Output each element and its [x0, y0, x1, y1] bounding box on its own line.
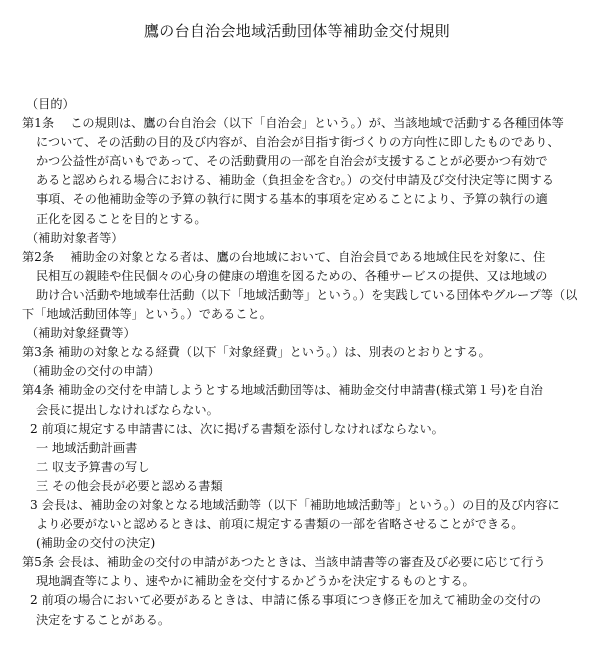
- article-1-line: かつ公益性が高いもであって、その活動費用の一部を自治会が支援することが必要かつ有…: [22, 152, 582, 171]
- article-4-paragraph-3: 3 会長は、補助金の対象となる地域活動等（以下「補助地域活動等」という。）の目的…: [22, 496, 582, 515]
- article-4-line: 第4条 補助金の交付を申請しようとする地域活動団等は、補助金交付申請書(様式第１…: [22, 381, 582, 400]
- article-1-line: あると認められる場合における、補助金（負担金を含む。）の交付申請及び交付決定等に…: [22, 171, 582, 190]
- section-heading-decision: (補助金の交付の決定): [22, 534, 582, 553]
- list-item: 三 その他会長が必要と認める書類: [22, 477, 582, 496]
- section-heading-eligible: （補助対象者等）: [22, 229, 582, 248]
- article-4-line: 会長に提出しなければならない。: [22, 401, 582, 420]
- article-2-line: 助け合い活動や地域奉仕活動（以下「地域活動等」という。）を実践している団体やグル…: [22, 286, 582, 305]
- article-2-line: 第2条 補助金の対象となる者は、鷹の台地域において、自治会員である地域住民を対象…: [22, 248, 582, 267]
- article-1-line: について、その活動の目的及び内容が、自治会が目指す街づくりの方向性に即したもので…: [22, 133, 582, 152]
- section-heading-purpose: （目的）: [22, 95, 582, 114]
- article-5-line: 現地調査等により、速やかに補助金を交付するかどうかを決定するものとする。: [22, 572, 582, 591]
- article-4-paragraph-3: より必要がないと認めるときは、前項に規定する書類の一部を省略させることができる。: [22, 515, 582, 534]
- article-4-paragraph-2: 2 前項に規定する申請書には、次に掲げる書類を添付しなければならない。: [22, 420, 582, 439]
- article-5-paragraph-2: 2 前項の場合において必要があるときは、申請に係る事項につき修正を加えて補助金の…: [22, 591, 582, 610]
- list-item: 二 収支予算書の写し: [22, 458, 582, 477]
- article-3-line: 第3条 補助の対象となる経費（以下「対象経費」という。）は、別表のとおりとする。: [22, 343, 582, 362]
- article-2-line: 民相互の親睦や住民個々の心身の健康の増進を図るための、各種サービスの提供、又は地…: [22, 267, 582, 286]
- article-5-paragraph-2: 決定をすることがある。: [22, 611, 582, 630]
- article-1-line: 事項、その他補助金等の予算の執行に関する基本的事項を定めることにより、予算の執行…: [22, 190, 582, 209]
- article-2-line: 下「地域活動団体等」という。）であること。: [22, 305, 582, 324]
- document-title: 鷹の台自治会地域活動団体等補助金交付規則: [0, 20, 594, 41]
- article-5-line: 第5条 会長は、補助金の交付の申請があつたときは、当該申請書等の審査及び必要に応…: [22, 553, 582, 572]
- list-item: 一 地域活動計画書: [22, 439, 582, 458]
- section-heading-application: （補助金の交付の申請）: [22, 362, 582, 381]
- article-1-line: 第1条 この規則は、鷹の台自治会（以下「自治会」という。）が、当該地域で活動する…: [22, 114, 582, 133]
- section-heading-expenses: （補助対象経費等）: [22, 324, 582, 343]
- document-body: （目的） 第1条 この規則は、鷹の台自治会（以下「自治会」という。）が、当該地域…: [22, 95, 582, 630]
- article-1-line: 正化を図ることを目的とする。: [22, 210, 582, 229]
